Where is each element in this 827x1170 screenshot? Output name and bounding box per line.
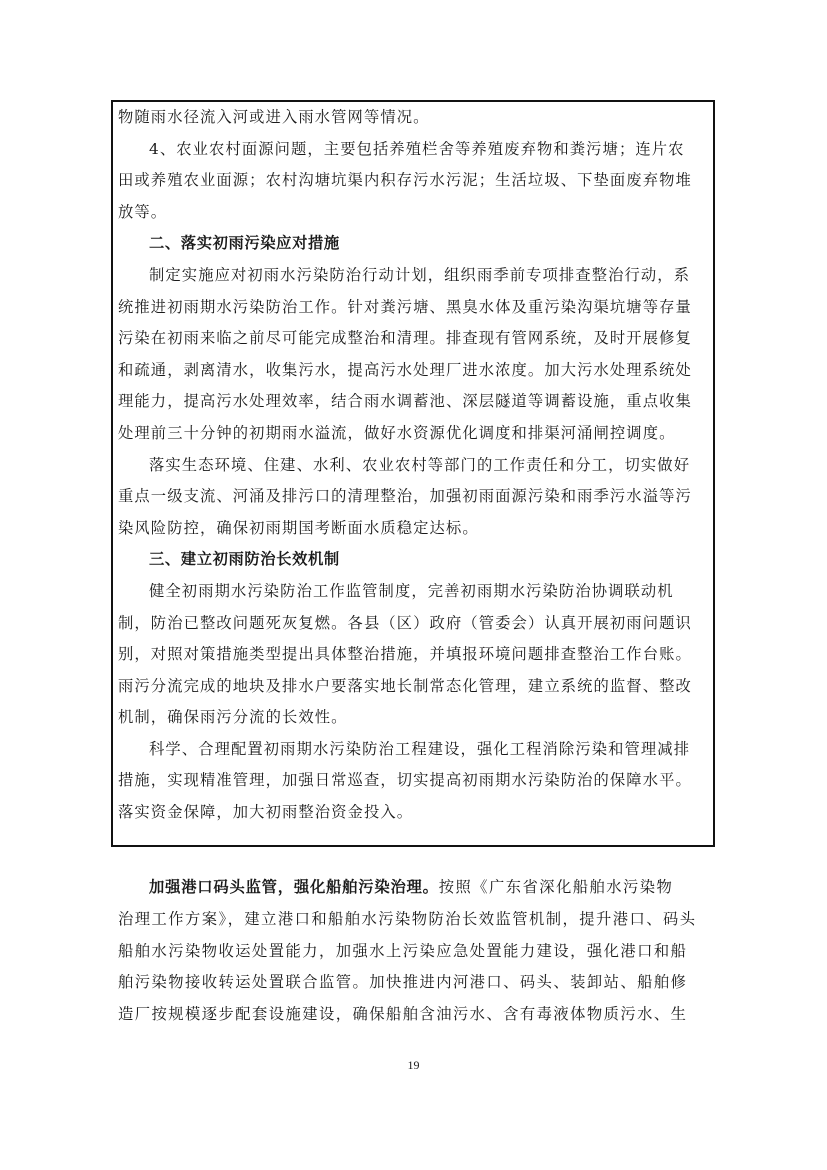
text-box-content: 物随雨水径流入河或进入雨水管网等情况。 4、农业农村面源问题，主要包括养殖栏舍等… <box>118 102 709 829</box>
body-line-4: 造厂按规模逐步配套设施建设，确保船舶含油污水、含有毒液体物质污水、生 <box>118 999 718 1031</box>
body-line-0-rest: 按照《广东省深化船舶水污染物 <box>439 878 673 896</box>
body-line-3: 舶污染物接收转运处置联合监管。加快推进内河港口、码头、装卸站、船舶修 <box>118 967 718 999</box>
box-line-18: 雨污分流完成的地块及排水户要落实地长制常态化管理，建立系统的监督、整改 <box>118 671 709 703</box>
box-line-13: 染风险防控，确保初雨期国考断面水质稳定达标。 <box>118 513 709 545</box>
text-box-frame: 物随雨水径流入河或进入雨水管网等情况。 4、农业农村面源问题，主要包括养殖栏舍等… <box>111 100 715 847</box>
box-line-5: 制定实施应对初雨水污染防治行动计划，组织雨季前专项排查整治行动，系 <box>118 260 709 292</box>
box-line-15: 健全初雨期水污染防治工作监管制度，完善初雨期水污染防治协调联动机 <box>118 576 709 608</box>
box-line-16: 制，防治已整改问题死灰复燃。各县（区）政府（管委会）认真开展初雨问题识 <box>118 608 709 640</box>
box-line-2: 田或养殖农业面源；农村沟塘坑渠内积存污水污泥；生活垃圾、下垫面废弃物堆 <box>118 165 709 197</box>
box-line-11: 落实生态环境、住建、水利、农业农村等部门的工作责任和分工，切实做好 <box>118 450 709 482</box>
box-line-22: 落实资金保障，加大初雨整治资金投入。 <box>118 797 709 829</box>
bold-lead-sentence: 加强港口码头监管，强化船舶污染治理。 <box>149 878 439 896</box>
body-line-1: 治理工作方案》，建立港口和船舶水污染物防治长效监管机制，提升港口、码头 <box>118 904 718 936</box>
box-line-19: 机制，确保雨污分流的长效性。 <box>118 702 709 734</box>
section-heading-2: 二、落实初雨污染应对措施 <box>118 228 709 260</box>
box-line-1: 4、农业农村面源问题，主要包括养殖栏舍等养殖废弃物和粪污塘；连片农 <box>118 134 709 166</box>
page-number: 19 <box>0 1058 827 1073</box>
box-line-21: 措施，实现精准管理，加强日常巡查，切实提高初雨期水污染防治的保障水平。 <box>118 765 709 797</box>
section-heading-3: 三、建立初雨防治长效机制 <box>118 544 709 576</box>
box-line-0: 物随雨水径流入河或进入雨水管网等情况。 <box>118 102 709 134</box>
box-line-9: 理能力，提高污水处理效率，结合雨水调蓄池、深层隧道等调蓄设施，重点收集 <box>118 386 709 418</box>
body-line-2: 船舶水污染物收运处置能力，加强水上污染应急处置能力建设，强化港口和船 <box>118 936 718 968</box>
box-line-17: 别，对照对策措施类型提出具体整治措施，并填报环境问题排查整治工作台账。 <box>118 639 709 671</box>
body-line-0: 加强港口码头监管，强化船舶污染治理。按照《广东省深化船舶水污染物 <box>118 872 718 904</box>
box-line-20: 科学、合理配置初雨期水污染防治工程建设，强化工程消除污染和管理减排 <box>118 734 709 766</box>
box-line-10: 处理前三十分钟的初期雨水溢流，做好水资源优化调度和排渠河涌闸控调度。 <box>118 418 709 450</box>
box-line-12: 重点一级支流、河涌及排污口的清理整治，加强初雨面源污染和雨季污水溢等污 <box>118 481 709 513</box>
body-paragraph: 加强港口码头监管，强化船舶污染治理。按照《广东省深化船舶水污染物 治理工作方案》… <box>118 872 718 1031</box>
box-line-7: 污染在初雨来临之前尽可能完成整治和清理。排查现有管网系统，及时开展修复 <box>118 323 709 355</box>
box-line-8: 和疏通，剥离清水，收集污水，提高污水处理厂进水浓度。加大污水处理系统处 <box>118 355 709 387</box>
box-line-6: 统推进初雨期水污染防治工作。针对粪污塘、黑臭水体及重污染沟渠坑塘等存量 <box>118 292 709 324</box>
box-line-3: 放等。 <box>118 197 709 229</box>
